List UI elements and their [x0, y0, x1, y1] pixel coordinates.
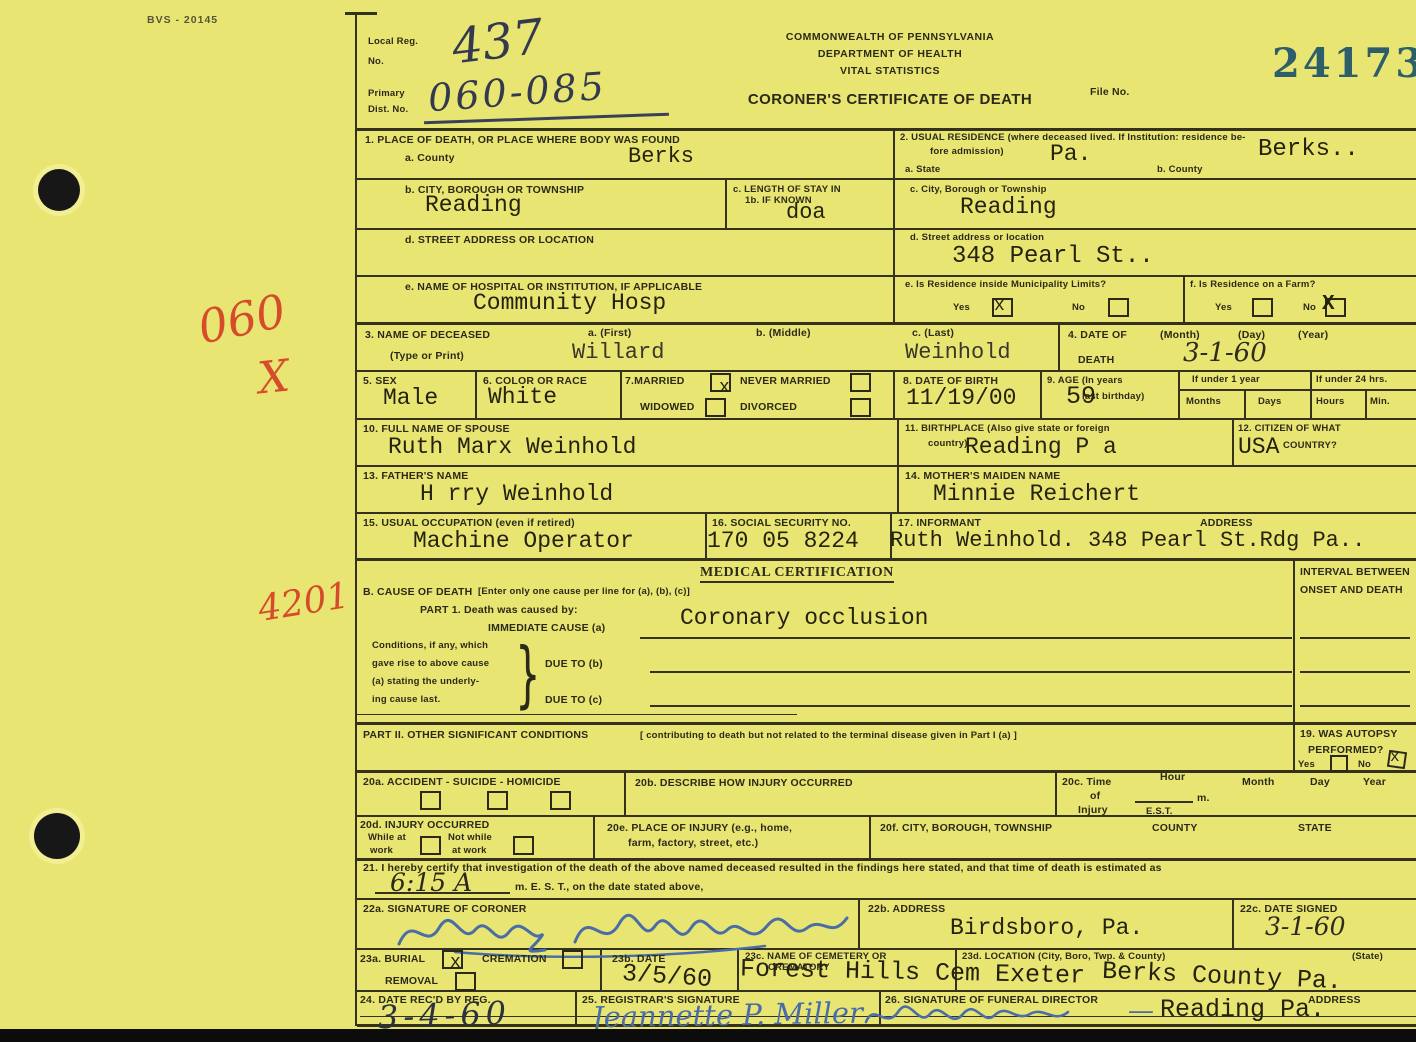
s1a-county-value: Berks	[628, 144, 694, 169]
s5-sex-value: Male	[383, 385, 438, 411]
s16-ssn-value: 170 05 8224	[707, 528, 859, 554]
s20d-notwhile-2: at work	[452, 845, 487, 856]
grid-line	[1244, 389, 1246, 418]
s13-father-value: H rry Weinhold	[420, 481, 613, 507]
grid-line	[357, 275, 1416, 277]
org-line-3: VITAL STATISTICS	[770, 65, 1010, 77]
s11-label-1: 11. BIRTHPLACE (Also give state or forei…	[905, 423, 1110, 434]
s20c-hour-label: Hour	[1160, 771, 1185, 783]
s2b-label: b. County	[1157, 164, 1203, 175]
s26-address-value: Reading Pa.	[1160, 995, 1325, 1024]
s7-never-married-checkbox	[850, 373, 871, 392]
primary-dist-value: 060-085	[427, 64, 609, 120]
s4-date-value: 3-1-60	[1183, 338, 1267, 368]
s20c-label-3: Injury	[1078, 804, 1108, 816]
s18-part1-label: PART 1. Death was caused by:	[420, 604, 578, 616]
s12-citizen-value: USA	[1238, 434, 1279, 460]
s3-first-label: a. (First)	[588, 327, 631, 339]
s11-birthplace-value: Reading P a	[965, 434, 1117, 460]
s4-label: 4. DATE OF	[1068, 329, 1127, 341]
s2e-no-checkbox	[1108, 298, 1129, 317]
s18-immediate-cause-label: IMMEDIATE CAUSE (a)	[488, 622, 605, 634]
s3-title: 3. NAME OF DECEASED	[365, 329, 490, 341]
grid-line	[357, 512, 1416, 514]
margin-red-district: 060	[193, 283, 290, 354]
s1c-stay-value: doa	[786, 200, 826, 225]
s23b-date-value: 3/5/60	[621, 959, 713, 994]
grid-line	[1040, 370, 1042, 418]
grid-line	[593, 815, 595, 858]
org-line-1: COMMONWEALTH OF PENNSYLVANIA	[770, 31, 1010, 43]
grid-line	[1178, 389, 1416, 391]
grid-line	[1365, 389, 1367, 418]
s20c-month-label: Month	[1242, 776, 1275, 788]
margin-red-number: 4201	[255, 575, 352, 630]
grid-line	[897, 418, 899, 512]
scan-edge	[0, 1029, 1416, 1042]
s20c-day-label: Day	[1310, 776, 1330, 788]
s2-title-2: fore admission)	[930, 146, 1004, 157]
grid-line	[1178, 370, 1180, 418]
death-certificate-document: BVS - 20145 060 X 4201 Local Reg. No. 43…	[0, 0, 1416, 1042]
grid-line	[357, 858, 1416, 861]
s2e-yes-label: Yes	[953, 302, 970, 313]
hole-punch-bottom	[34, 813, 80, 859]
s9-min-label: Min.	[1370, 396, 1390, 407]
grid-line	[357, 178, 1416, 180]
s20a-label: 20a. ACCIDENT - SUICIDE - HOMICIDE	[363, 776, 561, 788]
grid-line	[1232, 898, 1234, 948]
s6-race-value: White	[488, 384, 557, 410]
s18-due-c-label: DUE TO (c)	[545, 694, 602, 706]
s4-death-label: DEATH	[1078, 354, 1114, 366]
grid-line	[1055, 770, 1057, 815]
s18-cause-value: Coronary occlusion	[680, 605, 928, 631]
s7-married-mark: x	[719, 378, 730, 398]
s20f-label: 20f. CITY, BOROUGH, TOWNSHIP	[880, 822, 1052, 834]
s9-days-label: Days	[1258, 396, 1282, 407]
local-reg-label: Local Reg.	[368, 36, 418, 47]
grid-line	[357, 465, 1416, 467]
s19-yes-label: Yes	[1298, 759, 1315, 770]
s1c-label-1: c. LENGTH OF STAY IN	[733, 184, 841, 195]
s19-no-mark: x	[1390, 748, 1400, 766]
s20b-label: 20b. DESCRIBE HOW INJURY OCCURRED	[635, 777, 853, 789]
form-code: BVS - 20145	[147, 14, 218, 26]
s7-widowed-checkbox	[705, 398, 726, 417]
s2f-yes-checkbox	[1252, 298, 1273, 317]
s20a-suicide-checkbox	[487, 791, 508, 810]
grid-line	[725, 178, 727, 228]
s20d-notwhile-1: Not while	[448, 832, 492, 843]
grid-line	[357, 128, 1416, 131]
grid-line	[575, 990, 577, 1026]
s23d-state-label: (State)	[1352, 951, 1383, 962]
s2d-address-value: 348 Pearl St..	[952, 243, 1154, 270]
s23a-burial-label: 23a. BURIAL	[360, 953, 425, 965]
s20e-label-2: farm, factory, street, etc.)	[628, 837, 758, 849]
s2-county-value: Berks..	[1258, 136, 1359, 163]
s7-widowed-label: WIDOWED	[640, 401, 694, 413]
s11-label-2: country)	[928, 438, 968, 449]
s2-state-value: Pa.	[1050, 141, 1091, 167]
s2f-label: f. Is Residence on a Farm?	[1190, 279, 1316, 290]
primary-label: Primary	[368, 88, 405, 99]
certificate-number-stamp: 24173	[1272, 40, 1416, 87]
grid-line	[357, 558, 1416, 561]
s20d-notwhile-checkbox	[513, 836, 534, 855]
s20c-label-2: of	[1090, 790, 1100, 802]
grid-line	[357, 322, 1416, 325]
s9-age-value: 59	[1066, 382, 1096, 411]
s3-first-value: Willard	[572, 340, 664, 365]
s22b-address-value: Birdsboro, Pa.	[950, 915, 1143, 941]
grid-line	[1310, 370, 1312, 418]
s20f-county-label: COUNTY	[1152, 822, 1198, 834]
s9-under1yr-label: If under 1 year	[1192, 374, 1260, 385]
conditions-brace: }	[515, 632, 540, 716]
s20e-label-1: 20e. PLACE OF INJURY (e.g., home,	[607, 822, 792, 834]
s2e-label: e. Is Residence inside Municipality Limi…	[905, 279, 1106, 290]
s19-no-label: No	[1358, 759, 1371, 770]
s23a-removal-label: REMOVAL	[385, 975, 438, 987]
s2a-label: a. State	[905, 164, 940, 175]
interval-line-c	[1300, 705, 1410, 707]
interval-label-2: ONSET AND DEATH	[1300, 584, 1403, 596]
s22c-date-value: 3-1-60	[1265, 912, 1346, 941]
time-line	[1135, 801, 1193, 803]
s18-cond-3: (a) stating the underly-	[372, 676, 479, 687]
part2-note: [ contributing to death but not related …	[640, 730, 1017, 741]
grid-line	[1232, 418, 1234, 465]
s18-cause-label: B. CAUSE OF DEATH	[363, 586, 472, 598]
cause-line-a	[640, 637, 1292, 639]
s19-yes-checkbox	[1330, 755, 1348, 772]
s26-dash: —	[1128, 996, 1154, 1026]
s20d-while-1: While at	[368, 832, 406, 843]
s2f-yes-label: Yes	[1215, 302, 1232, 313]
s2e-no-label: No	[1072, 302, 1085, 313]
s19-label-1: 19. WAS AUTOPSY	[1300, 728, 1398, 740]
part2-label: PART II. OTHER SIGNIFICANT CONDITIONS	[363, 729, 588, 741]
s20c-est-label: E.S.T.	[1146, 806, 1173, 817]
s23a-removal-checkbox	[455, 972, 476, 991]
s7-never-married-label: NEVER MARRIED	[740, 375, 831, 387]
grid-line	[869, 815, 871, 858]
s2c-city-value: Reading	[960, 194, 1057, 220]
s3-middle-label: b. (Middle)	[756, 327, 811, 339]
grid-line	[893, 128, 895, 322]
grid-line	[475, 370, 477, 418]
file-no-label: File No.	[1090, 86, 1130, 98]
s3-last-label: c. (Last)	[912, 327, 954, 339]
s9-under24-label: If under 24 hrs.	[1316, 374, 1387, 385]
s20c-m-label: m.	[1197, 792, 1210, 804]
s18-cause-note: [Enter only one cause per line for (a), …	[478, 586, 690, 597]
s4-year-label: (Year)	[1298, 329, 1328, 341]
s18-cond-4: ing cause last.	[372, 694, 440, 705]
s20d-while-checkbox	[420, 836, 441, 855]
s20d-label: 20d. INJURY OCCURRED	[360, 819, 489, 831]
s2f-no-label: No	[1303, 302, 1316, 313]
s2f-no-mark: X	[1322, 293, 1335, 316]
s23a-burial-mark: x	[450, 953, 461, 973]
local-reg-value: 437	[449, 9, 547, 76]
grid-line	[1058, 322, 1060, 370]
grid-line	[357, 722, 1416, 725]
s20c-year-label: Year	[1363, 776, 1386, 788]
grid-line	[357, 714, 797, 715]
s12-label-2: COUNTRY?	[1283, 440, 1337, 451]
s18-cond-1: Conditions, if any, which	[372, 640, 488, 651]
s1e-hospital-value: Community Hosp	[473, 290, 666, 316]
hole-punch-top	[38, 169, 80, 211]
s10-spouse-value: Ruth Marx Weinhold	[388, 434, 636, 460]
interval-line-a	[1300, 637, 1410, 639]
certificate-title: CORONER'S CERTIFICATE OF DEATH	[700, 91, 1080, 108]
s18-cond-2: gave rise to above cause	[372, 658, 489, 669]
s7-divorced-checkbox	[850, 398, 871, 417]
s20c-label-1: 20c. Time	[1062, 776, 1111, 788]
s3-sub-label: (Type or Print)	[390, 350, 464, 362]
grid-line	[1183, 275, 1185, 322]
margin-red-x: X	[255, 351, 291, 405]
time-of-death-line	[375, 892, 510, 894]
s8-birthdate-value: 11/19/00	[906, 385, 1016, 411]
dist-no-label: Dist. No.	[368, 104, 408, 115]
s3-last-value: Weinhold	[905, 340, 1011, 365]
s1a-label: a. County	[405, 152, 455, 164]
s15-occupation-value: Machine Operator	[413, 528, 634, 554]
grid-line	[357, 815, 1416, 817]
s22b-label: 22b. ADDRESS	[868, 903, 945, 915]
s23a-cremation-checkbox	[562, 950, 583, 969]
s1b-city-value: Reading	[425, 192, 522, 218]
grid-line	[893, 370, 895, 418]
grid-line	[357, 228, 1416, 230]
grid-line	[624, 770, 626, 815]
local-reg-no-label: No.	[368, 56, 384, 67]
medical-certification-title: MEDICAL CERTIFICATION	[700, 565, 894, 583]
s21-text-2: m. E. S. T., on the date stated above,	[515, 881, 703, 893]
s20f-state-label: STATE	[1298, 822, 1332, 834]
interval-line-b	[1300, 671, 1410, 673]
s9-months-label: Months	[1186, 396, 1221, 407]
s20a-homicide-checkbox	[550, 791, 571, 810]
s17-informant-value: Ruth Weinhold. 348 Pearl St.Rdg Pa..	[890, 528, 1365, 553]
s21-certify-text: 21. I hereby certify that investigation …	[363, 862, 1162, 874]
s12-label-1: 12. CITIZEN OF WHAT	[1238, 423, 1341, 434]
org-line-2: DEPARTMENT OF HEALTH	[770, 48, 1010, 60]
cause-line-c	[650, 705, 1292, 707]
grid-line	[1293, 558, 1295, 772]
grid-line	[620, 370, 622, 418]
s23a-cremation-label: CREMATION	[482, 953, 547, 965]
grid-line	[355, 12, 357, 1026]
s2d-label: d. Street address or location	[910, 232, 1044, 243]
s2e-yes-mark: x	[994, 296, 1005, 316]
s20d-while-2: work	[370, 845, 393, 856]
s7-married-label: 7.MARRIED	[625, 375, 685, 387]
grid-line	[357, 418, 1416, 420]
grid-line	[357, 770, 1416, 773]
grid-line	[357, 370, 1416, 372]
s9-hours-label: Hours	[1316, 396, 1344, 407]
s18-due-b-label: DUE TO (b)	[545, 658, 603, 670]
s20a-accident-checkbox	[420, 791, 441, 810]
grid-line	[345, 12, 377, 15]
s7-divorced-label: DIVORCED	[740, 401, 797, 413]
interval-label-1: INTERVAL BETWEEN	[1300, 566, 1410, 578]
cause-line-b	[650, 671, 1292, 673]
s1d-label: d. STREET ADDRESS OR LOCATION	[405, 234, 594, 246]
s14-mother-value: Minnie Reichert	[933, 481, 1140, 507]
